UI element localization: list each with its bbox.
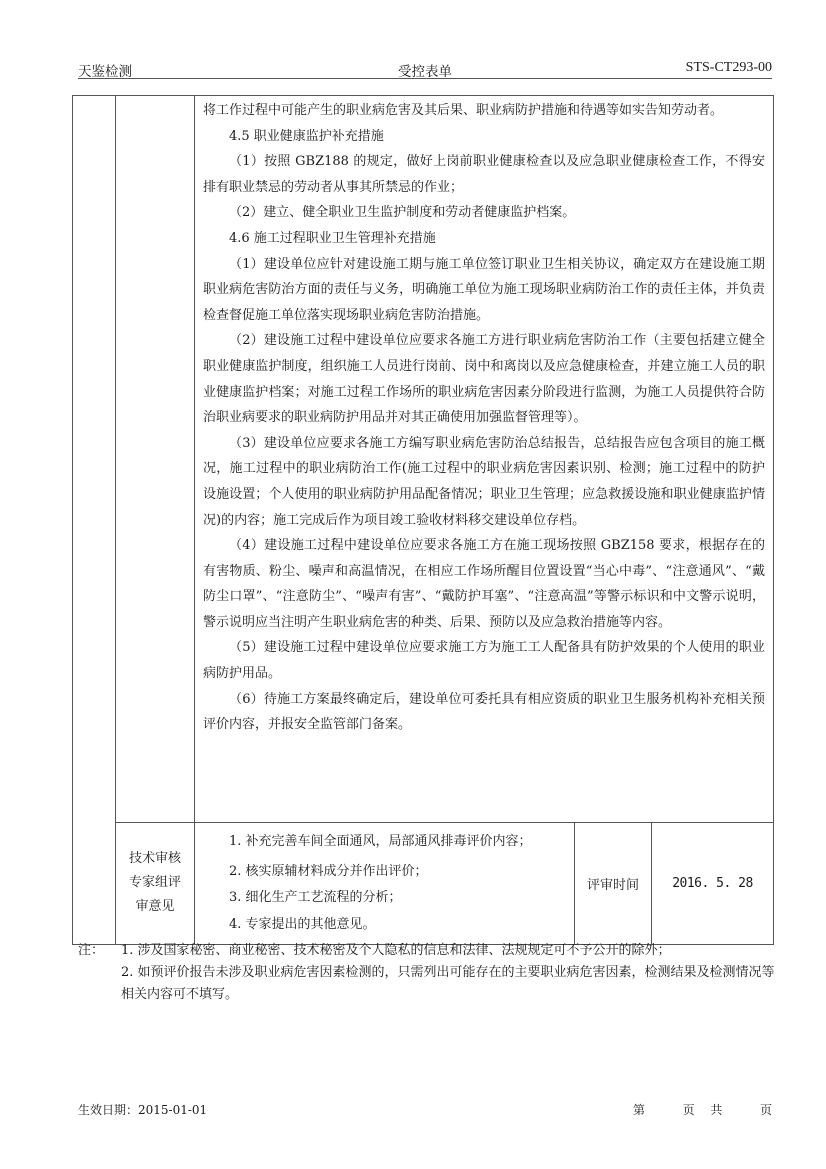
opinion-item: 3. 细化生产工艺流程的分析； <box>229 886 574 910</box>
section-4-6-title: 4.6 施工过程职业卫生管理补充措施 <box>203 226 765 252</box>
document-code: STS-CT293-00 <box>686 60 772 76</box>
page-di: 第 <box>633 1101 645 1118</box>
empty-cell-1 <box>73 96 116 945</box>
section-4-5-item-1: （1）按照 GBZ188 的规定，做好上岗前职业健康检查以及应急职业健康检查工作… <box>203 149 765 200</box>
form-type: 受控表单 <box>78 60 772 80</box>
page-ye: 页 <box>683 1101 695 1118</box>
page-gong: 共 <box>710 1101 722 1118</box>
review-label: 技术审核专家组评审意见 <box>128 847 183 919</box>
review-time-value: 2016. 5. 28 <box>652 823 774 945</box>
section-4-6-item-4: （4）建设施工过程中建设单位应要求各施工方在施工现场按照 GBZ158 要求，根… <box>203 533 765 635</box>
section-4-6-item-2: （2）建设施工过程中建设单位应要求各施工方进行职业病危害防治工作（主要包括建立健… <box>203 328 765 430</box>
review-label-cell: 技术审核专家组评审意见 <box>116 823 195 945</box>
note-item: 2. 如预评价报告未涉及职业病危害因素检测的，只需列出可能存在的主要职业病危害因… <box>121 962 778 1006</box>
section-4-6-item-6: （6）待施工方案最终确定后，建设单位可委托具有相应资质的职业卫生服务机构补充相关… <box>203 687 765 738</box>
page-ye-total: 页 <box>760 1101 772 1118</box>
page-header: 天鉴检测 受控表单 STS-CT293-00 <box>78 58 772 79</box>
review-row: 技术审核专家组评审意见 1. 补充完善车间全面通风，局部通风排毒评价内容； 2.… <box>73 823 774 945</box>
section-4-6-item-3: （3）建设单位应要求各施工方编写职业病危害防治总结报告，总结报告应包含项目的施工… <box>203 431 765 533</box>
page-number: 第 页 共 页 <box>633 1101 772 1118</box>
review-opinions: 1. 补充完善车间全面通风，局部通风排毒评价内容； 2. 核实原辅材料成分并作出… <box>195 823 575 945</box>
note-item: 1. 涉及国家秘密、商业秘密、技术秘密及个人隐私的信息和法律、法规规定可不予公开… <box>121 940 778 962</box>
empty-cell-2 <box>116 96 195 823</box>
section-4-5-title: 4.5 职业健康监护补充措施 <box>203 124 765 150</box>
measures-content: 将工作过程中可能产生的职业病危害及其后果、职业病防护措施和待遇等如实告知劳动者。… <box>195 96 774 823</box>
opinion-item: 1. 补充完善车间全面通风，局部通风排毒评价内容； <box>229 827 574 857</box>
section-4-6-item-1: （1）建设单位应针对建设施工期与施工单位签订职业卫生相关协议，确定双方在建设施工… <box>203 252 765 329</box>
section-4-6-item-5: （5）建设施工过程中建设单位应要求施工方为施工工人配备具有防护效果的个人使用的职… <box>203 635 765 686</box>
notes-label: 注： <box>78 940 104 962</box>
opinion-item: 4. 专家提出的其他意见。 <box>229 910 574 940</box>
opinion-item: 2. 核实原辅材料成分并作出评价； <box>229 857 574 887</box>
content-table: 将工作过程中可能产生的职业病危害及其后果、职业病防护措施和待遇等如实告知劳动者。… <box>72 95 774 945</box>
continuation-paragraph: 将工作过程中可能产生的职业病危害及其后果、职业病防护措施和待遇等如实告知劳动者。 <box>203 98 765 124</box>
notes-section: 注： 1. 涉及国家秘密、商业秘密、技术秘密及个人隐私的信息和法律、法规规定可不… <box>78 940 778 1006</box>
section-4-5-item-2: （2）建立、健全职业卫生监护制度和劳动者健康监护档案。 <box>203 200 765 226</box>
measures-row: 将工作过程中可能产生的职业病危害及其后果、职业病防护措施和待遇等如实告知劳动者。… <box>73 96 774 823</box>
effective-date: 生效日期：2015-01-01 <box>78 1101 207 1118</box>
review-time-label: 评审时间 <box>575 823 652 945</box>
